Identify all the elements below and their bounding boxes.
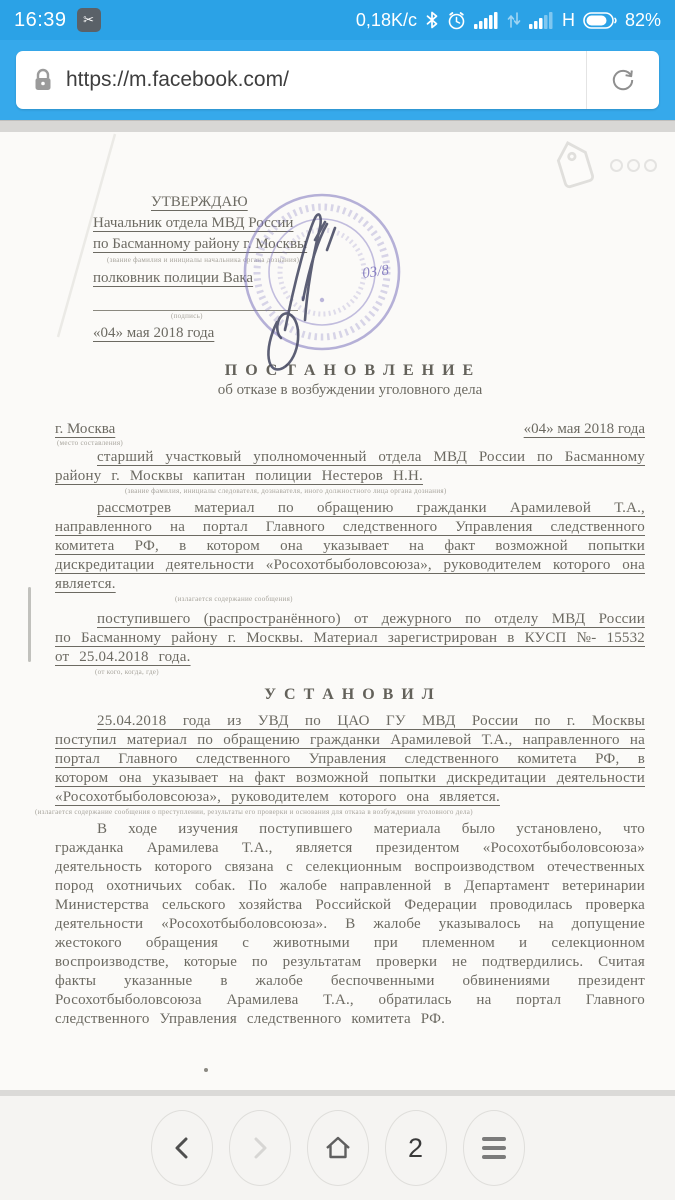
- screenshot-notification-icon: ✂: [77, 8, 101, 32]
- established-caption: (излагается содержание сообщения о прест…: [35, 808, 645, 817]
- menu-icon: [482, 1137, 506, 1159]
- status-bar: 16:39 ✂ 0,18K/c: [0, 0, 675, 40]
- approval-caption-name: (звание фамилия и инициалы начальника ор…: [107, 256, 378, 265]
- officer-paragraph: старший участковый уполномоченный отдела…: [55, 448, 645, 486]
- home-icon: [322, 1132, 354, 1164]
- place-caption: (место составления): [57, 439, 123, 448]
- menu-button[interactable]: [463, 1110, 525, 1186]
- scanned-document: УТВЕРЖДАЮ Начальник отдела МВД России по…: [0, 132, 675, 1090]
- browser-nav-bar: 2: [0, 1096, 675, 1200]
- body-paragraph: В ходе изучения поступившего материала б…: [55, 820, 645, 1029]
- approval-heading: УТВЕРЖДАЮ: [151, 192, 378, 213]
- considered-caption: (излагается содержание сообщения): [175, 595, 645, 604]
- battery-percent: 82%: [625, 10, 661, 31]
- network-type-indicator: H: [562, 10, 575, 31]
- title-block: П О С Т А Н О В Л Е Н И Е об отказе в во…: [55, 362, 645, 399]
- address-bar[interactable]: https://m.facebook.com/: [16, 51, 659, 109]
- back-button[interactable]: [151, 1110, 213, 1186]
- approval-date: «04» мая 2018 года: [93, 323, 378, 344]
- forward-icon: [247, 1133, 273, 1163]
- data-arrows-icon: [507, 11, 521, 29]
- place-of-issue: г. Москва: [55, 421, 115, 437]
- document-content: УТВЕРЖДАЮ Начальник отдела МВД России по…: [0, 132, 675, 1029]
- approval-line3: полковник полиции Вака: [93, 268, 378, 289]
- tab-count: 2: [408, 1133, 423, 1164]
- ink-dot-artifact: [204, 1068, 208, 1072]
- alarm-icon: [447, 11, 466, 30]
- document-subtitle: об отказе в возбуждении уголовного дела: [55, 382, 645, 399]
- signal-bars-sim2-icon: [529, 11, 554, 29]
- reload-icon: [610, 67, 636, 93]
- home-button[interactable]: [307, 1110, 369, 1186]
- received-caption: (от кого, когда, где): [95, 668, 645, 677]
- reload-button[interactable]: [587, 51, 659, 109]
- signature-line: [93, 297, 298, 311]
- considered-paragraph: рассмотрев материал по обращению граждан…: [55, 499, 645, 594]
- tabs-button[interactable]: 2: [385, 1110, 447, 1186]
- established-paragraph: 25.04.2018 года из УВД по ЦАО ГУ МВД Рос…: [55, 712, 645, 807]
- place-date-row: г. Москва (место составления) «04» мая 2…: [55, 421, 645, 448]
- date-of-issue: «04» мая 2018 года: [524, 421, 645, 448]
- browser-toolbar: https://m.facebook.com/: [0, 40, 675, 120]
- officer-caption: (звание фамилия, инициалы следователя, д…: [125, 487, 645, 496]
- phone-screen: 16:39 ✂ 0,18K/c: [0, 0, 675, 1200]
- status-bar-right: 0,18K/c: [356, 10, 661, 31]
- network-speed: 0,18K/c: [356, 10, 417, 31]
- url-text[interactable]: https://m.facebook.com/: [66, 68, 586, 92]
- approval-line2: по Басманному району г. Москвы: [93, 234, 378, 255]
- secure-lock-icon: [32, 67, 54, 93]
- back-icon: [169, 1133, 195, 1163]
- page-top-divider: [0, 120, 675, 132]
- established-heading: У С Т А Н О В И Л: [55, 686, 645, 704]
- received-paragraph: поступившего (распространённого) от дежу…: [55, 610, 645, 667]
- status-bar-left: 16:39 ✂: [14, 8, 101, 32]
- clock: 16:39: [14, 9, 67, 32]
- signature-caption: (подпись): [171, 312, 378, 321]
- signal-bars-sim1-icon: [474, 11, 499, 29]
- approval-block: УТВЕРЖДАЮ Начальник отдела МВД России по…: [93, 192, 378, 344]
- approval-line1: Начальник отдела МВД России: [93, 213, 378, 234]
- forward-button[interactable]: [229, 1110, 291, 1186]
- battery-icon: [583, 12, 617, 29]
- bluetooth-icon: [425, 11, 439, 29]
- document-title: П О С Т А Н О В Л Е Н И Е: [55, 362, 645, 380]
